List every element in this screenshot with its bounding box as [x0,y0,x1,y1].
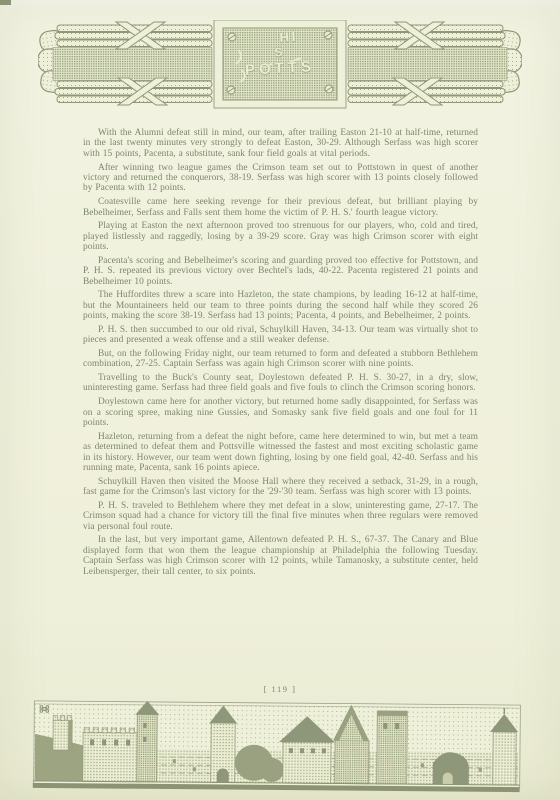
header-banner: HI S POTTS [38,20,522,115]
square-keep [377,711,408,784]
paragraph: Schuylkill Haven then visited the Moose … [83,477,478,498]
article-body: With the Alumni defeat still in mind, ou… [83,128,478,648]
paragraph: P. H. S. then succumbed to our old rival… [83,325,478,346]
paragraph: P. H. S. traveled to Bethlehem where the… [83,501,478,532]
paragraph: After winning two league games the Crims… [83,163,478,194]
page-number: [ 119 ] [0,684,560,694]
nameplate-frame [214,20,346,108]
log-raft-banner-illustration [38,20,522,115]
scan-corner-mark [0,0,11,5]
stone-castle-wall-illustration [33,698,524,799]
castle-building [83,728,141,782]
paragraph: Playing at Easton the next afternoon pro… [83,221,478,252]
paragraph: With the Alumni defeat still in mind, ou… [83,128,478,159]
log-bundle-left [38,22,212,105]
paragraph: But, on the following Friday night, our … [83,349,478,370]
paragraph: Hazleton, returning from a defeat the ni… [83,432,478,474]
paragraph: Travelling to the Buck's County seat, Do… [83,373,478,394]
footer-illustration [33,698,524,799]
yearbook-page: HI S POTTS With the Alumni defeat still … [0,0,560,800]
castle-tower-tall [135,701,160,782]
paragraph: Pacenta's scoring and Bebelheimer's scor… [83,256,478,287]
paragraph: Doylestown came here for another victory… [83,397,478,428]
paragraph: Coatesville came here seeking revenge fo… [83,197,478,218]
castle-tower-small [53,716,72,751]
paragraph: The Huffordites threw a scare into Hazle… [83,290,478,321]
paragraph: In the last, but very important game, Al… [83,535,478,577]
